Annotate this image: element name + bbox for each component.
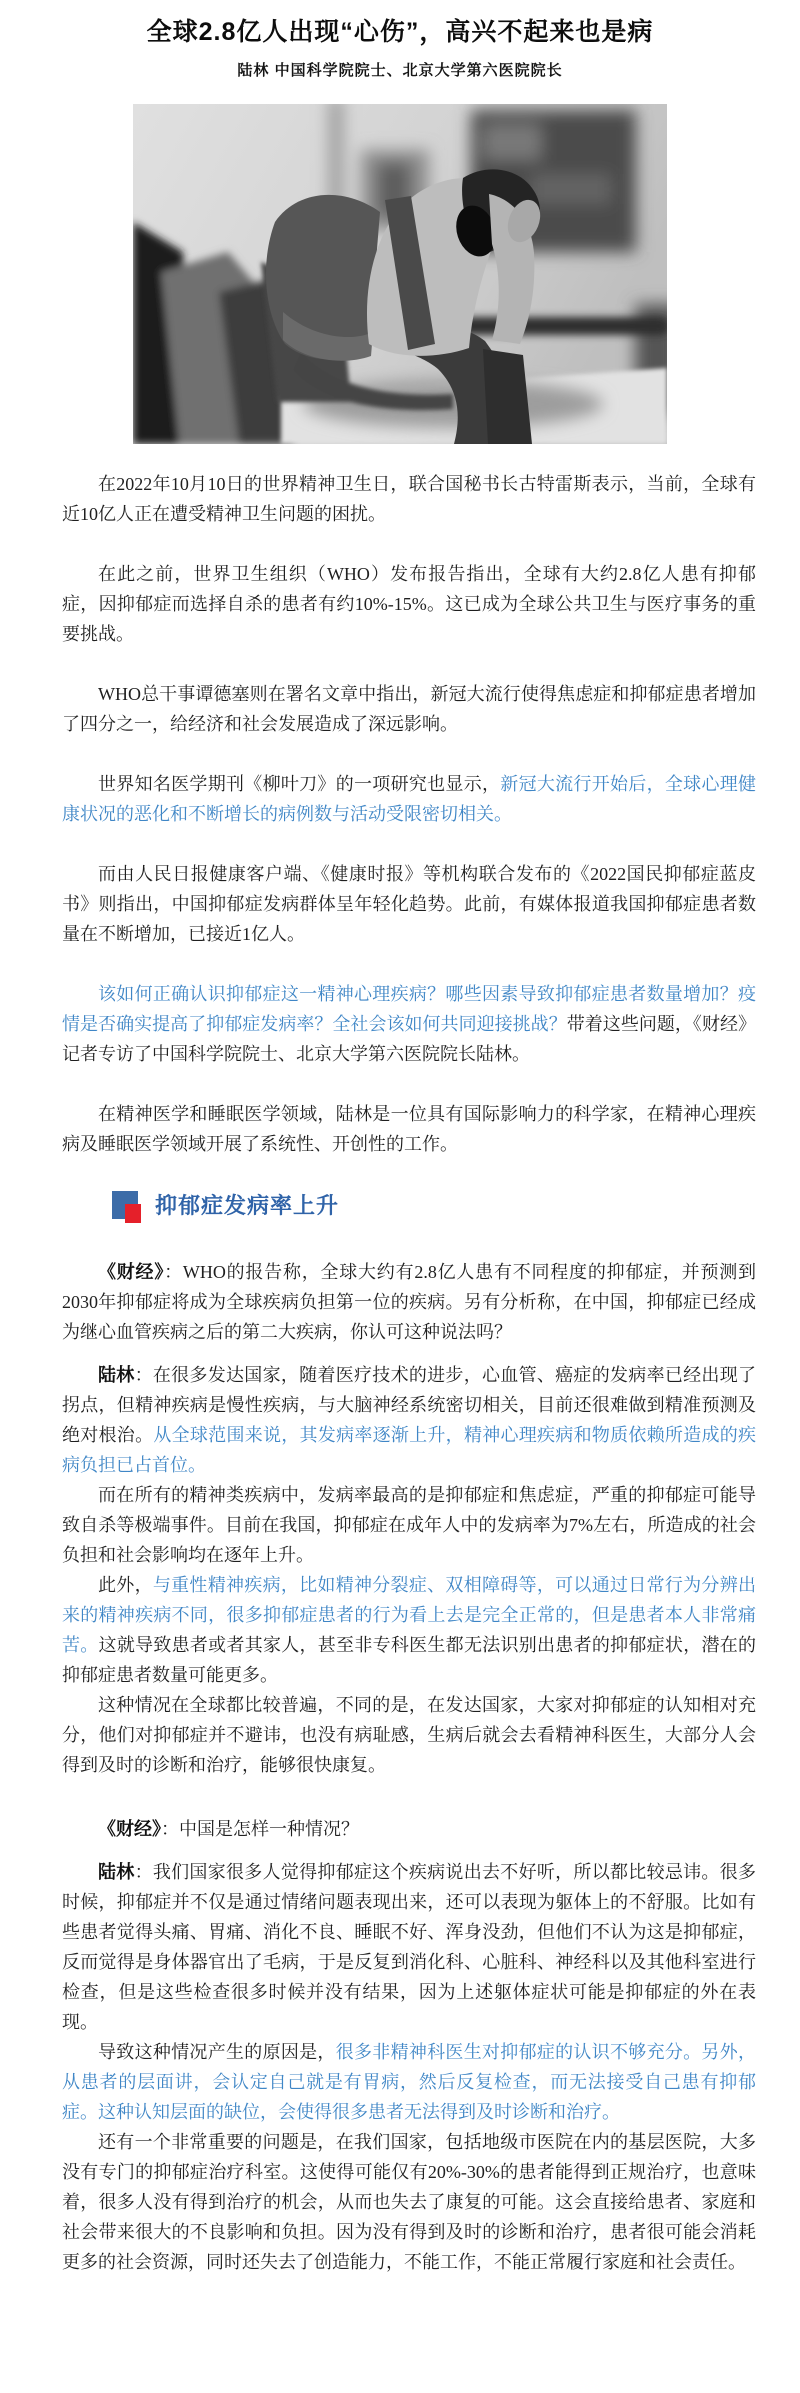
intro-paragraph: 在2022年10月10日的世界精神卫生日，联合国秘书长古特雷斯表示，当前，全球有… — [62, 469, 756, 529]
article-body: 在2022年10月10日的世界精神卫生日，联合国秘书长古特雷斯表示，当前，全球有… — [0, 469, 800, 2277]
answer-paragraph: 陆林：在很多发达国家，随着医疗技术的进步，心血管、癌症的发病率已经出现了拐点，但… — [62, 1360, 756, 1480]
body-text: 还有一个非常重要的问题是，在我们国家，包括地级市医院在内的基层医院，大多没有专门… — [62, 2132, 756, 2272]
section-marker-icon — [112, 1189, 142, 1223]
article-photo — [133, 104, 667, 444]
depressed-man-photo-illustration — [133, 104, 667, 444]
section-heading-text: 抑郁症发病率上升 — [155, 1189, 339, 1223]
body-text: 世界知名医学期刊《柳叶刀》的一项研究也显示， — [98, 774, 500, 794]
question-paragraph: 《财经》：WHO的报告称，全球大约有2.8亿人患有不同程度的抑郁症，并预测到20… — [62, 1257, 756, 1347]
intro-paragraph: 在精神医学和睡眠医学领域，陆林是一位具有国际影响力的科学家，在精神心理疾病及睡眠… — [62, 1099, 756, 1159]
body-text: 在2022年10月10日的世界精神卫生日，联合国秘书长古特雷斯表示，当前，全球有… — [62, 474, 756, 524]
red-square-icon — [125, 1204, 141, 1223]
speaker-label: 陆林 — [98, 1365, 135, 1385]
body-text: ：我们国家很多人觉得抑郁症这个疾病说出去不好听，所以都比较忌讳。很多时候，抑郁症… — [62, 1862, 756, 2032]
intro-paragraph: 在此之前，世界卫生组织（WHO）发布报告指出，全球有大约2.8亿人患有抑郁症，因… — [62, 559, 756, 649]
answer-paragraph: 此外，与重性精神疾病，比如精神分裂症、双相障碍等，可以通过日常行为分辨出来的精神… — [62, 1570, 756, 1690]
intro-paragraph: 世界知名医学期刊《柳叶刀》的一项研究也显示，新冠大流行开始后，全球心理健康状况的… — [62, 769, 756, 829]
intro-paragraph: 而由人民日报健康客户端、《健康时报》等机构联合发布的《2022国民抑郁症蓝皮书》… — [62, 859, 756, 949]
answer-paragraph: 而在所有的精神类疾病中，发病率最高的是抑郁症和焦虑症，严重的抑郁症可能导致自杀等… — [62, 1480, 756, 1570]
body-text: 导致这种情况产生的原因是， — [98, 2042, 336, 2062]
answer-paragraph: 这种情况在全球都比较普遍，不同的是，在发达国家，大家对抑郁症的认知相对充分，他们… — [62, 1690, 756, 1780]
section-heading: 抑郁症发病率上升 — [112, 1189, 756, 1223]
body-text: 这种情况在全球都比较普遍，不同的是，在发达国家，大家对抑郁症的认知相对充分，他们… — [62, 1695, 756, 1775]
speaker-label: 《财经》 — [98, 1819, 161, 1839]
body-text: 此外， — [98, 1575, 153, 1595]
body-text: WHO总干事谭德塞则在署名文章中指出，新冠大流行使得焦虑症和抑郁症患者增加了四分… — [62, 684, 756, 734]
article-byline: 陆林 中国科学院院士、北京大学第六医院院长 — [0, 61, 800, 81]
body-text: 而由人民日报健康客户端、《健康时报》等机构联合发布的《2022国民抑郁症蓝皮书》… — [62, 864, 756, 944]
question-paragraph: 《财经》：中国是怎样一种情况？ — [62, 1814, 756, 1844]
intro-paragraph: WHO总干事谭德塞则在署名文章中指出，新冠大流行使得焦虑症和抑郁症患者增加了四分… — [62, 679, 756, 739]
answer-paragraph: 还有一个非常重要的问题是，在我们国家，包括地级市医院在内的基层医院，大多没有专门… — [62, 2127, 756, 2277]
answer-paragraph: 导致这种情况产生的原因是，很多非精神科医生对抑郁症的认识不够充分。另外，从患者的… — [62, 2037, 756, 2127]
highlighted-text: 从全球范围来说，其发病率逐渐上升，精神心理疾病和物质依赖所造成的疾病负担已占首位… — [62, 1425, 756, 1475]
intro-paragraph: 该如何正确认识抑郁症这一精神心理疾病？哪些因素导致抑郁症患者数量增加？疫情是否确… — [62, 979, 756, 1069]
body-text: 在精神医学和睡眠医学领域，陆林是一位具有国际影响力的科学家，在精神心理疾病及睡眠… — [62, 1104, 756, 1154]
speaker-label: 《财经》 — [98, 1262, 164, 1282]
answer-paragraph: 陆林：我们国家很多人觉得抑郁症这个疾病说出去不好听，所以都比较忌讳。很多时候，抑… — [62, 1857, 756, 2037]
body-text: 在此之前，世界卫生组织（WHO）发布报告指出，全球有大约2.8亿人患有抑郁症，因… — [62, 564, 756, 644]
article-page: 全球2.8亿人出现“心伤”，高兴不起来也是病 陆林 中国科学院院士、北京大学第六… — [0, 0, 800, 2393]
interview-qa-section: 《财经》：WHO的报告称，全球大约有2.8亿人患有不同程度的抑郁症，并预测到20… — [62, 1257, 756, 2277]
body-text: ：中国是怎样一种情况？ — [161, 1819, 359, 1839]
intro-paragraphs: 在2022年10月10日的世界精神卫生日，联合国秘书长古特雷斯表示，当前，全球有… — [62, 469, 756, 1159]
body-text: ：WHO的报告称，全球大约有2.8亿人患有不同程度的抑郁症，并预测到2030年抑… — [62, 1262, 756, 1342]
speaker-label: 陆林 — [98, 1862, 135, 1882]
body-text: 而在所有的精神类疾病中，发病率最高的是抑郁症和焦虑症，严重的抑郁症可能导致自杀等… — [62, 1485, 756, 1565]
page-title: 全球2.8亿人出现“心伤”，高兴不起来也是病 — [40, 16, 760, 48]
body-text: 这就导致患者或者其家人，甚至非专科医生都无法识别出患者的抑郁症状，潜在的抑郁症患… — [62, 1635, 756, 1685]
